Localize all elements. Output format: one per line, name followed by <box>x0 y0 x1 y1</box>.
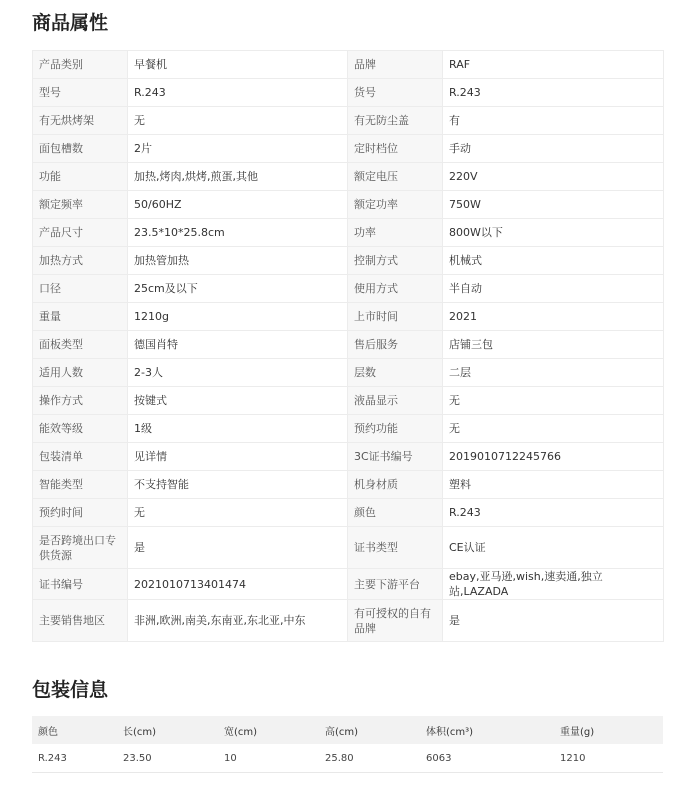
attribute-value: 无 <box>443 387 664 415</box>
attribute-label: 产品尺寸 <box>33 219 128 247</box>
attribute-row: 额定频率50/60HZ额定功率750W <box>33 191 664 219</box>
attribute-value: 加热,烤肉,烘烤,煎蛋,其他 <box>128 163 348 191</box>
attribute-label: 智能类型 <box>33 471 128 499</box>
attribute-value: 50/60HZ <box>128 191 348 219</box>
attribute-value: 无 <box>128 107 348 135</box>
attribute-value: 25cm及以下 <box>128 275 348 303</box>
attribute-label: 功率 <box>348 219 443 247</box>
attribute-label: 3C证书编号 <box>348 443 443 471</box>
attribute-row: 加热方式加热管加热控制方式机械式 <box>33 247 664 275</box>
attribute-label: 定时档位 <box>348 135 443 163</box>
packaging-column-header: 宽(cm) <box>218 716 319 744</box>
attribute-label: 货号 <box>348 79 443 107</box>
attribute-row: 证书编号2021010713401474主要下游平台ebay,亚马逊,wish,… <box>33 569 664 600</box>
attribute-label: 证书类型 <box>348 527 443 569</box>
packaging-column-header: 重量(g) <box>554 716 663 744</box>
attribute-value: 店铺三包 <box>443 331 664 359</box>
section-title-attributes: 商品属性 <box>32 11 108 35</box>
attribute-value: RAF <box>443 51 664 79</box>
attribute-value: 2021010713401474 <box>128 569 348 600</box>
attribute-label: 机身材质 <box>348 471 443 499</box>
attribute-value: 早餐机 <box>128 51 348 79</box>
attribute-value: CE认证 <box>443 527 664 569</box>
packaging-column-header: 高(cm) <box>319 716 420 744</box>
attribute-row: 是否跨境出口专供货源是证书类型CE认证 <box>33 527 664 569</box>
packaging-column-header: 体积(cm³) <box>420 716 554 744</box>
attribute-row: 操作方式按键式液晶显示无 <box>33 387 664 415</box>
attributes-table: 产品类别早餐机品牌RAF型号R.243货号R.243有无烘烤架无有无防尘盖有面包… <box>32 50 664 642</box>
attribute-label: 面板类型 <box>33 331 128 359</box>
attribute-label: 有可授权的自有品牌 <box>348 600 443 642</box>
attribute-value: 按键式 <box>128 387 348 415</box>
attribute-value: 800W以下 <box>443 219 664 247</box>
attribute-label: 证书编号 <box>33 569 128 600</box>
attribute-label: 加热方式 <box>33 247 128 275</box>
attribute-row: 有无烘烤架无有无防尘盖有 <box>33 107 664 135</box>
packaging-cell: R.243 <box>32 744 117 773</box>
attribute-value: 2片 <box>128 135 348 163</box>
attribute-label: 额定电压 <box>348 163 443 191</box>
attribute-row: 产品尺寸23.5*10*25.8cm功率800W以下 <box>33 219 664 247</box>
attribute-row: 预约时间无颜色R.243 <box>33 499 664 527</box>
packaging-cell: 25.80 <box>319 744 420 773</box>
attribute-value: 220V <box>443 163 664 191</box>
attribute-label: 额定频率 <box>33 191 128 219</box>
attribute-value: 手动 <box>443 135 664 163</box>
attribute-label: 预约功能 <box>348 415 443 443</box>
attribute-value: 见详情 <box>128 443 348 471</box>
attribute-label: 面包槽数 <box>33 135 128 163</box>
packaging-header-row: 颜色长(cm)宽(cm)高(cm)体积(cm³)重量(g) <box>32 716 663 744</box>
attribute-label: 重量 <box>33 303 128 331</box>
packaging-row: R.24323.501025.8060631210 <box>32 744 663 773</box>
attribute-value: 2019010712245766 <box>443 443 664 471</box>
attribute-row: 包装清单见详情3C证书编号2019010712245766 <box>33 443 664 471</box>
attribute-label: 颜色 <box>348 499 443 527</box>
packaging-table: 颜色长(cm)宽(cm)高(cm)体积(cm³)重量(g) R.24323.50… <box>32 716 663 773</box>
attribute-label: 层数 <box>348 359 443 387</box>
attribute-row: 主要销售地区非洲,欧洲,南美,东南亚,东北亚,中东有可授权的自有品牌是 <box>33 600 664 642</box>
attribute-row: 适用人数2-3人层数二层 <box>33 359 664 387</box>
attribute-row: 面包槽数2片定时档位手动 <box>33 135 664 163</box>
attribute-row: 口径25cm及以下使用方式半自动 <box>33 275 664 303</box>
attribute-label: 主要下游平台 <box>348 569 443 600</box>
attribute-value: 塑料 <box>443 471 664 499</box>
attribute-value: 750W <box>443 191 664 219</box>
attribute-row: 智能类型不支持智能机身材质塑料 <box>33 471 664 499</box>
attribute-label: 售后服务 <box>348 331 443 359</box>
attribute-value: 二层 <box>443 359 664 387</box>
attribute-value: R.243 <box>128 79 348 107</box>
attribute-label: 主要销售地区 <box>33 600 128 642</box>
attribute-value: 无 <box>443 415 664 443</box>
attribute-value: 无 <box>128 499 348 527</box>
attribute-label: 是否跨境出口专供货源 <box>33 527 128 569</box>
attribute-label: 使用方式 <box>348 275 443 303</box>
attribute-label: 预约时间 <box>33 499 128 527</box>
attribute-row: 型号R.243货号R.243 <box>33 79 664 107</box>
packaging-column-header: 颜色 <box>32 716 117 744</box>
attribute-value: 德国肖特 <box>128 331 348 359</box>
attribute-value: 非洲,欧洲,南美,东南亚,东北亚,中东 <box>128 600 348 642</box>
attribute-value: 1级 <box>128 415 348 443</box>
attribute-label: 型号 <box>33 79 128 107</box>
attribute-label: 控制方式 <box>348 247 443 275</box>
attribute-row: 面板类型德国肖特售后服务店铺三包 <box>33 331 664 359</box>
packaging-column-header: 长(cm) <box>117 716 218 744</box>
attribute-label: 适用人数 <box>33 359 128 387</box>
attribute-row: 能效等级1级预约功能无 <box>33 415 664 443</box>
attribute-value: R.243 <box>443 79 664 107</box>
attribute-value: 是 <box>443 600 664 642</box>
attribute-value: 2021 <box>443 303 664 331</box>
attribute-value: ebay,亚马逊,wish,速卖通,独立站,LAZADA <box>443 569 664 600</box>
attribute-value: 有 <box>443 107 664 135</box>
packaging-cell: 6063 <box>420 744 554 773</box>
attribute-label: 包装清单 <box>33 443 128 471</box>
packaging-cell: 10 <box>218 744 319 773</box>
attribute-label: 操作方式 <box>33 387 128 415</box>
attribute-label: 有无防尘盖 <box>348 107 443 135</box>
attribute-label: 口径 <box>33 275 128 303</box>
attribute-value: 加热管加热 <box>128 247 348 275</box>
attribute-value: 2-3人 <box>128 359 348 387</box>
attribute-label: 能效等级 <box>33 415 128 443</box>
attribute-label: 上市时间 <box>348 303 443 331</box>
attribute-value: 23.5*10*25.8cm <box>128 219 348 247</box>
attribute-label: 有无烘烤架 <box>33 107 128 135</box>
attribute-row: 产品类别早餐机品牌RAF <box>33 51 664 79</box>
attribute-label: 品牌 <box>348 51 443 79</box>
attribute-value: 不支持智能 <box>128 471 348 499</box>
packaging-cell: 1210 <box>554 744 663 773</box>
attribute-value: 机械式 <box>443 247 664 275</box>
attribute-value: 1210g <box>128 303 348 331</box>
attribute-value: R.243 <box>443 499 664 527</box>
attribute-label: 额定功率 <box>348 191 443 219</box>
packaging-cell: 23.50 <box>117 744 218 773</box>
attribute-row: 重量1210g上市时间2021 <box>33 303 664 331</box>
attribute-value: 半自动 <box>443 275 664 303</box>
attribute-label: 液晶显示 <box>348 387 443 415</box>
attribute-row: 功能加热,烤肉,烘烤,煎蛋,其他额定电压220V <box>33 163 664 191</box>
attribute-value: 是 <box>128 527 348 569</box>
section-title-packaging: 包装信息 <box>32 678 108 702</box>
attribute-label: 功能 <box>33 163 128 191</box>
attribute-label: 产品类别 <box>33 51 128 79</box>
